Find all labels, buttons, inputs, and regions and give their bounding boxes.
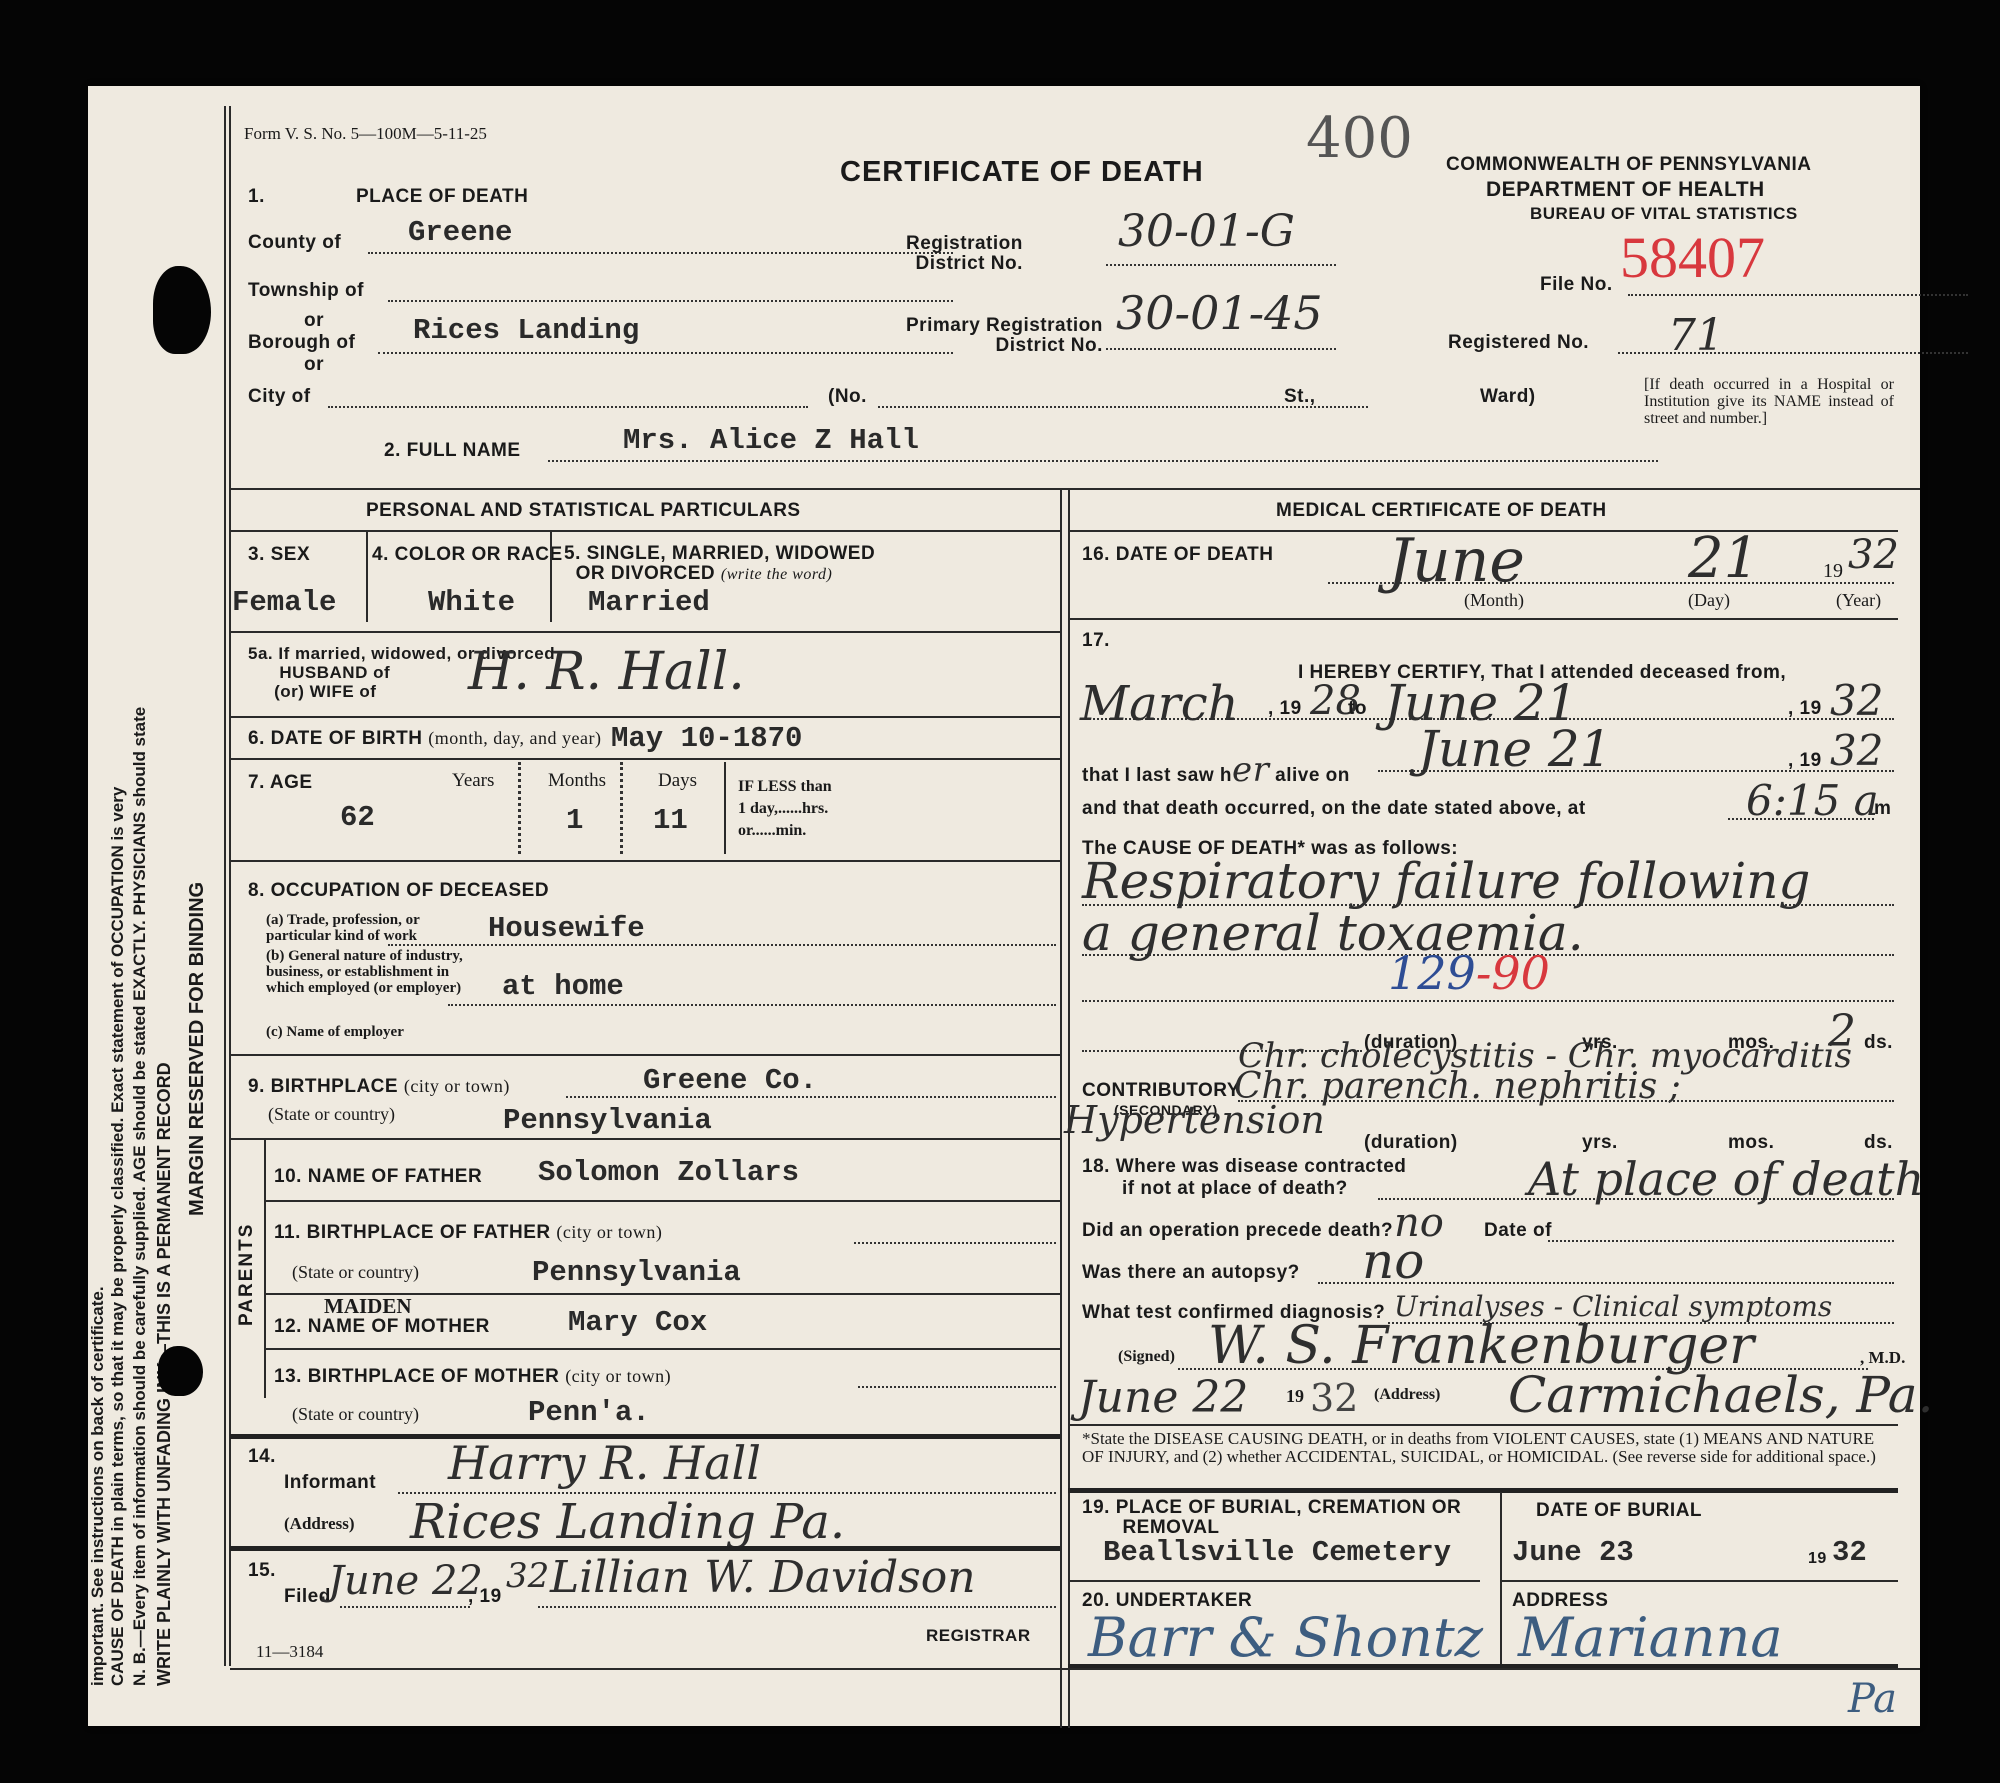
- day-label: (Day): [1688, 590, 1730, 611]
- birthplace-label: 9. BIRTHPLACE (city or town): [248, 1076, 510, 1098]
- death-certificate: MARGIN RESERVED FOR BINDING WRITE PLAINL…: [88, 86, 1920, 1726]
- informant-value: Harry R. Hall: [448, 1436, 761, 1490]
- last-saw-century: , 19: [1788, 750, 1822, 772]
- dob-value: May 10-1870: [611, 722, 802, 755]
- item-15-number: 15.: [248, 1560, 276, 1582]
- date-of-operation-label: Date of: [1484, 1220, 1552, 1242]
- signed-year: 32: [1310, 1376, 1358, 1420]
- less-than-day-label: IF LESS than1 day,......hrs.or......min.: [738, 776, 832, 842]
- registered-no-label: Registered No.: [1448, 332, 1589, 354]
- date-of-death-label: 16. DATE OF DEATH: [1082, 544, 1273, 566]
- date-of-death-month: June: [1388, 526, 1525, 596]
- print-code: 11—3184: [256, 1642, 323, 1662]
- burial-date: June 23: [1512, 1536, 1634, 1569]
- file-no-label: File No.: [1540, 274, 1613, 296]
- agency-bureau: BUREAU OF VITAL STATISTICS: [1530, 204, 1798, 224]
- autopsy-value: no: [1362, 1232, 1424, 1290]
- torn-edge: [158, 1346, 203, 1396]
- last-saw-year: 32: [1830, 726, 1883, 775]
- sex-label: 3. SEX: [248, 544, 310, 566]
- margin-rule: [224, 106, 226, 1666]
- occupation-a-value: Housewife: [488, 912, 645, 945]
- contracted-label-1: 18. Where was disease contracted: [1082, 1156, 1406, 1178]
- occupation-a-label: (a) Trade, profession, or particular kin…: [266, 912, 446, 944]
- undertaker-address: Marianna: [1518, 1606, 1783, 1669]
- borough-label: Borough of: [248, 332, 355, 354]
- file-number-stamp: 58407: [1620, 224, 1765, 291]
- certificate-title: CERTIFICATE OF DEATH: [840, 156, 1204, 189]
- informant-address-label: (Address): [284, 1514, 355, 1534]
- burial-place-label: 19. PLACE OF BURIAL, CREMATION OR REMOVA…: [1082, 1498, 1461, 1538]
- filed-century: , 19: [468, 1586, 502, 1608]
- filed-date: June 22: [328, 1558, 483, 1604]
- item-1-number: 1.: [248, 186, 265, 208]
- days-label: Days: [658, 770, 697, 792]
- race-value: White: [428, 586, 515, 619]
- registration-district-label: RegistrationDistrict No.: [906, 234, 1023, 274]
- undertaker-value: Barr & Shontz: [1088, 1606, 1483, 1669]
- mother-state-label: (State or country): [292, 1404, 419, 1425]
- physician-address-label: (Address): [1374, 1386, 1440, 1404]
- informant-label: Informant: [284, 1472, 376, 1494]
- race-label: 4. COLOR OR RACE: [372, 544, 563, 566]
- age-label: 7. AGE: [248, 772, 313, 794]
- last-saw-date: June 21: [1418, 720, 1612, 778]
- personal-heading: PERSONAL AND STATISTICAL PARTICULARS: [366, 500, 801, 522]
- sex-value: Female: [232, 586, 336, 619]
- contributory-line-3: Hypertension: [1064, 1098, 1325, 1142]
- father-birthplace-state: Pennsylvania: [532, 1256, 741, 1289]
- cause-line-1: Respiratory failure following: [1082, 852, 1810, 910]
- ward-label: Ward): [1480, 386, 1536, 408]
- yrs-label-2: yrs.: [1582, 1132, 1618, 1154]
- ds-label-2: ds.: [1864, 1132, 1893, 1154]
- to-label: to: [1348, 698, 1367, 720]
- years-label: Years: [452, 770, 494, 792]
- age-months: 1: [566, 804, 583, 837]
- duration-label-2: (duration): [1364, 1132, 1458, 1154]
- margin-instruction-line3: CAUSE OF DEATH in plain terms, so that i…: [108, 787, 128, 1686]
- full-name-label: 2. FULL NAME: [384, 440, 521, 462]
- undertaker-address-state: Pa: [1848, 1676, 1897, 1722]
- signed-label: (Signed): [1118, 1348, 1175, 1366]
- contracted-label-2: if not at place of death?: [1122, 1178, 1348, 1200]
- item-17-number: 17.: [1082, 630, 1110, 652]
- signed-date: June 22: [1078, 1372, 1248, 1423]
- street-no-label: (No.: [828, 386, 867, 408]
- burial-century: 19: [1808, 1550, 1827, 1568]
- attended-from: March: [1080, 676, 1239, 732]
- burial-place: Beallsville Cemetery: [1103, 1536, 1451, 1569]
- operation-label: Did an operation precede death?: [1082, 1220, 1393, 1242]
- occupation-heading: 8. OCCUPATION OF DECEASED: [248, 880, 549, 902]
- ds-label: ds.: [1864, 1032, 1893, 1054]
- time-suffix: m: [1874, 798, 1891, 820]
- registered-no: 71: [1668, 310, 1724, 361]
- agency-department: DEPARTMENT OF HEALTH: [1486, 178, 1765, 202]
- year-label: (Year): [1836, 590, 1881, 611]
- date-of-death-day: 21: [1688, 526, 1759, 591]
- attended-to-year: 32: [1830, 676, 1883, 725]
- md-label: , M.D.: [1860, 1348, 1905, 1368]
- mother-label: 12. NAME OF MOTHER: [274, 1316, 490, 1338]
- informant-address: Rices Landing Pa.: [410, 1494, 845, 1550]
- father-birthplace-label: 11. BIRTHPLACE OF FATHER (city or town): [274, 1222, 662, 1244]
- or-label: or: [304, 354, 324, 376]
- margin-instruction-line4: important. See instructions on back of c…: [88, 1286, 108, 1686]
- mos-label-2: mos.: [1728, 1132, 1774, 1154]
- father-label: 10. NAME OF FATHER: [274, 1166, 482, 1188]
- mother-birthplace-state: Penn'a.: [528, 1396, 650, 1429]
- father-value: Solomon Zollars: [538, 1156, 799, 1189]
- primary-registration-value: 30-01-45: [1116, 286, 1323, 340]
- margin-binding-text: MARGIN RESERVED FOR BINDING: [186, 882, 209, 1216]
- birthplace-state: Pennsylvania: [503, 1104, 712, 1137]
- classification-code: 129-90: [1388, 946, 1550, 1000]
- county-value: Greene: [408, 216, 512, 249]
- or-label: or: [304, 310, 324, 332]
- full-name-value: Mrs. Alice Z Hall: [623, 424, 919, 457]
- marital-label: 5. SINGLE, MARRIED, WIDOWED OR DIVORCED …: [564, 544, 875, 585]
- last-saw-label: that I last saw her alive on: [1082, 750, 1350, 790]
- handwritten-number: 400: [1306, 106, 1413, 171]
- father-state-label: (State or country): [292, 1262, 419, 1283]
- marital-value: Married: [588, 586, 710, 619]
- punch-hole: [153, 266, 211, 354]
- burial-date-label: DATE OF BURIAL: [1536, 1500, 1702, 1522]
- township-label: Township of: [248, 280, 364, 302]
- registrar-signature: Lillian W. Davidson: [550, 1552, 976, 1603]
- filed-year: 32: [506, 1556, 549, 1596]
- contracted-value: At place of death: [1528, 1152, 1924, 1206]
- margin-rule-2: [229, 106, 231, 1666]
- parents-label: PARENTS: [236, 1223, 258, 1326]
- primary-registration-label: Primary RegistrationDistrict No.: [906, 316, 1103, 356]
- birthplace-city: Greene Co.: [643, 1064, 817, 1097]
- margin-instruction-line2: N. B.—Every item of information should b…: [130, 707, 150, 1686]
- hospital-note: [If death occurred in a Hospital or Inst…: [1644, 376, 1894, 427]
- medical-heading: MEDICAL CERTIFICATE OF DEATH: [1276, 500, 1607, 522]
- month-label: (Month): [1464, 590, 1524, 611]
- agency-commonwealth: COMMONWEALTH OF PENNSYLVANIA: [1446, 154, 1811, 176]
- dob-label: 6. DATE OF BIRTH (month, day, and year): [248, 728, 602, 750]
- spouse-value: H. R. Hall.: [468, 642, 745, 702]
- occupation-b-label: (b) General nature of industry, business…: [266, 948, 466, 996]
- burial-year: 32: [1832, 1536, 1867, 1569]
- registration-district-value: 30-01-G: [1118, 206, 1295, 257]
- attended-from-century: , 19: [1268, 698, 1302, 720]
- mother-birthplace-label: 13. BIRTHPLACE OF MOTHER (city or town): [274, 1366, 671, 1388]
- age-days: 11: [653, 804, 688, 837]
- street-label: St.,: [1284, 386, 1316, 408]
- filed-label: Filed: [284, 1586, 331, 1608]
- borough-value: Rices Landing: [413, 314, 639, 347]
- mother-value: Mary Cox: [568, 1306, 707, 1339]
- age-years: 62: [340, 801, 375, 834]
- occupation-b-value: at home: [502, 970, 624, 1003]
- months-label: Months: [548, 770, 606, 792]
- cause-footnote: *State the DISEASE CAUSING DEATH, or in …: [1082, 1430, 1892, 1466]
- item-14-number: 14.: [248, 1446, 276, 1468]
- state-country-label: (State or country): [268, 1104, 395, 1125]
- date-of-death-century: 19: [1823, 560, 1843, 583]
- form-number: Form V. S. No. 5—100M—5-11-25: [244, 124, 487, 144]
- physician-address: Carmichaels, Pa.: [1508, 1366, 1934, 1424]
- signed-century: 19: [1286, 1386, 1304, 1407]
- attended-to-century: , 19: [1788, 698, 1822, 720]
- date-of-death-year: 32: [1848, 532, 1899, 578]
- registrar-label: REGISTRAR: [926, 1626, 1031, 1646]
- time-of-death: 6:15 a: [1746, 776, 1879, 825]
- place-of-death-heading: PLACE OF DEATH: [356, 186, 528, 208]
- city-label: City of: [248, 386, 311, 408]
- time-of-death-label: and that death occurred, on the date sta…: [1082, 798, 1586, 820]
- county-label: County of: [248, 232, 341, 254]
- occupation-c-label: (c) Name of employer: [266, 1024, 404, 1041]
- autopsy-label: Was there an autopsy?: [1082, 1262, 1300, 1284]
